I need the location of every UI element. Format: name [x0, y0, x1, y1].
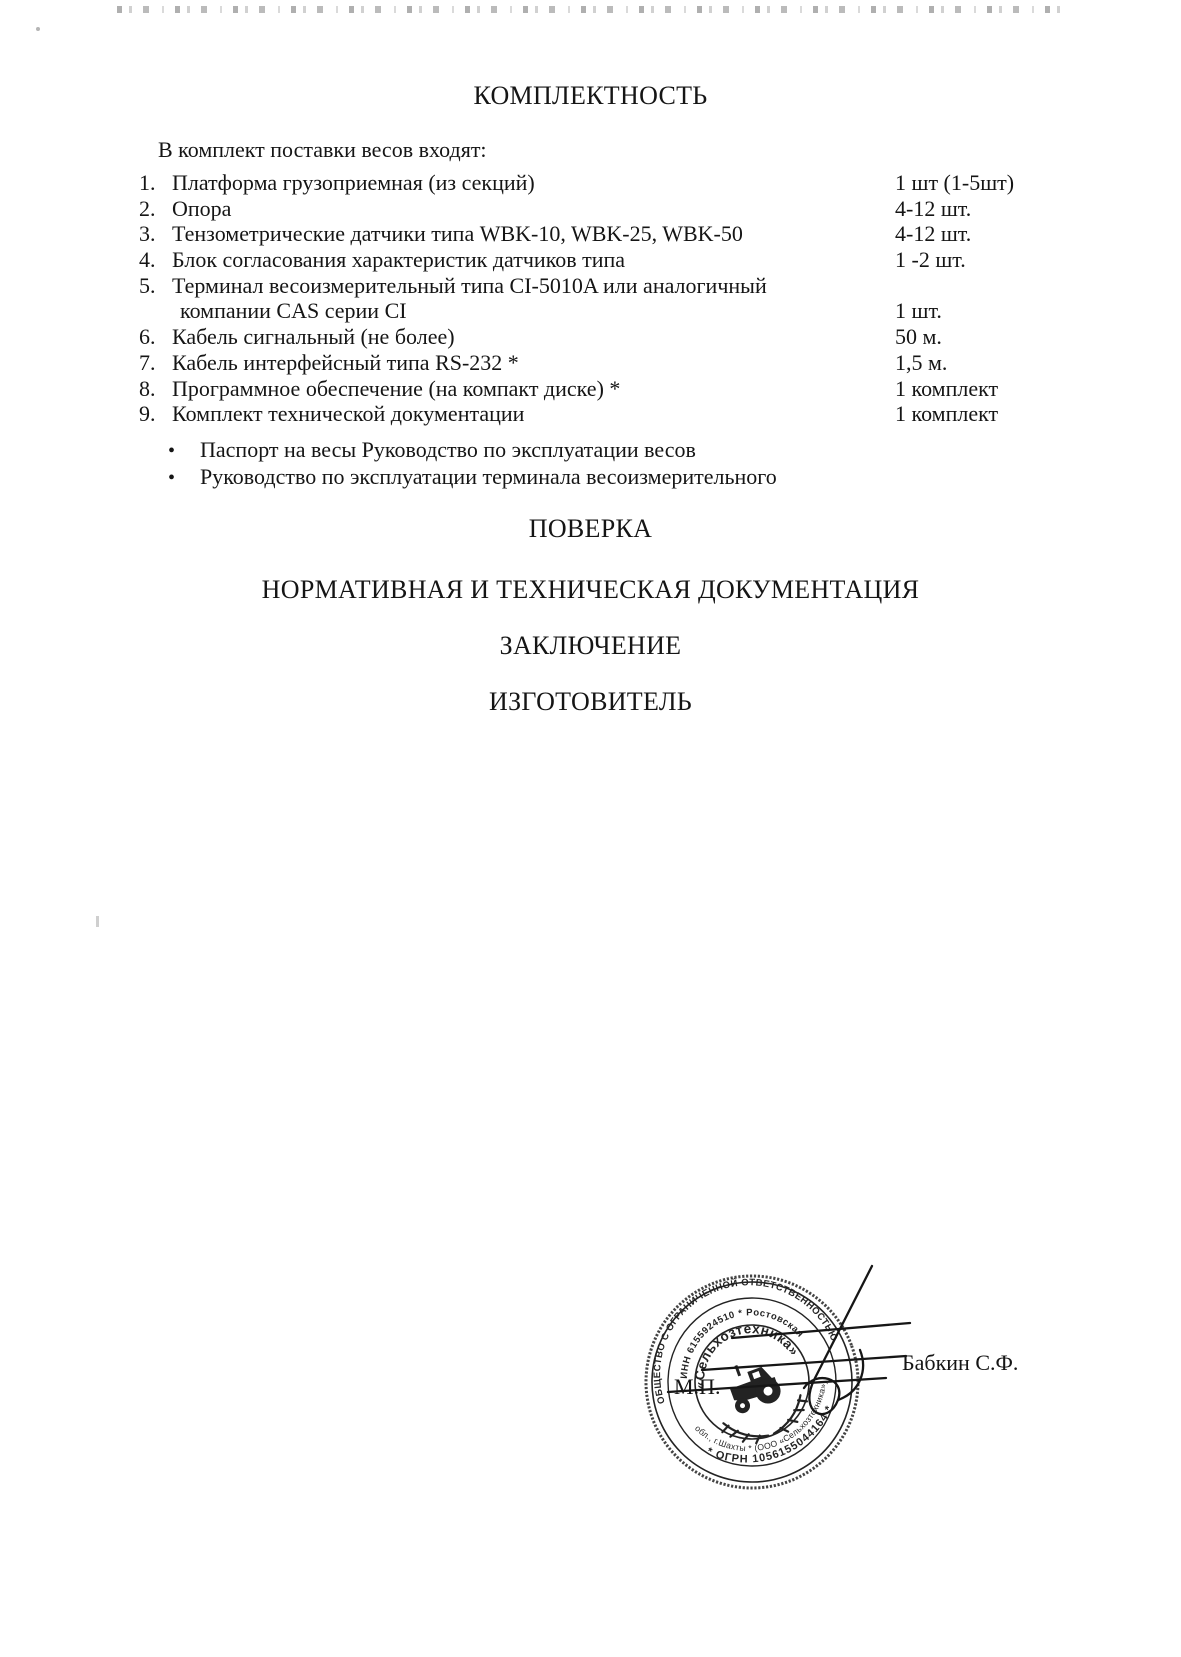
section-title-izgotovitel: ИЗГОТОВИТЕЛЬ — [0, 688, 1181, 716]
item-number: 1. — [139, 170, 172, 196]
signature — [610, 1252, 1080, 1492]
list-item: 8.Программное обеспечение (на компакт ди… — [139, 376, 1181, 402]
item-text: Опора — [172, 196, 231, 221]
item-quantity: 1 шт (1-5шт) — [895, 170, 1014, 196]
item-quantity: 1 шт. — [895, 298, 942, 324]
scan-artifact-dot — [36, 27, 40, 31]
scan-artifact-strip — [117, 6, 1069, 13]
item-number: 6. — [139, 324, 172, 350]
item-quantity: 1,5 м. — [895, 350, 947, 376]
item-text: Блок согласования характеристик датчиков… — [172, 247, 625, 272]
komplekt-bullet-list: •Паспорт на весы Руководство по эксплуат… — [168, 437, 1181, 491]
item-text: Платформа грузоприемная (из секций) — [172, 170, 535, 195]
list-item: 1.Платформа грузоприемная (из секций) 1 … — [139, 170, 1181, 196]
item-number: 2. — [139, 196, 172, 222]
item-quantity: 50 м. — [895, 324, 942, 350]
komplekt-intro: В комплект поставки весов входят: — [158, 136, 1181, 164]
item-text: Кабель интерфейсный типа RS-232 * — [172, 350, 519, 375]
item-text: Терминал весоизмерительный типа CI-5010A… — [172, 273, 767, 298]
item-number: 5. — [139, 273, 172, 299]
item-quantity: 1 комплект — [895, 376, 998, 402]
item-quantity: 4-12 шт. — [895, 196, 971, 222]
section-title-poverka: ПОВЕРКА — [0, 515, 1181, 543]
section-title-zakluchenie: ЗАКЛЮЧЕНИЕ — [0, 632, 1181, 660]
list-item: 5.Терминал весоизмерительный типа CI-501… — [139, 273, 1181, 299]
signature-stroke — [838, 1350, 863, 1400]
item-number: 9. — [139, 401, 172, 427]
item-number: 8. — [139, 376, 172, 402]
bullet-item: •Паспорт на весы Руководство по эксплуат… — [168, 437, 1181, 464]
item-text: компании CAS серии CI — [172, 298, 407, 323]
signature-stroke — [702, 1356, 906, 1370]
list-item: компании CAS серии CI 1 шт. — [139, 298, 1181, 324]
bullet-text: Руководство по эксплуатации терминала ве… — [200, 464, 777, 489]
item-text: Тензометрические датчики типа WBK-10, WB… — [172, 221, 743, 246]
bullet-icon: • — [168, 440, 200, 463]
bullet-icon: • — [168, 467, 200, 490]
scan-artifact-tick — [96, 916, 99, 927]
section-title-docs: НОРМАТИВНАЯ И ТЕХНИЧЕСКАЯ ДОКУМЕНТАЦИЯ — [0, 576, 1181, 604]
item-number: 3. — [139, 221, 172, 247]
item-text: Комплект технической документации — [172, 401, 524, 426]
item-text: Кабель сигнальный (не более) — [172, 324, 455, 349]
item-number: 7. — [139, 350, 172, 376]
list-item: 3.Тензометрические датчики типа WBK-10, … — [139, 221, 1181, 247]
item-quantity: 1 комплект — [895, 401, 998, 427]
bullet-text: Паспорт на весы Руководство по эксплуата… — [200, 437, 696, 462]
list-item: 7.Кабель интерфейсный типа RS-232 * 1,5 … — [139, 350, 1181, 376]
bullet-item: •Руководство по эксплуатации терминала в… — [168, 464, 1181, 491]
list-item: 6.Кабель сигнальный (не более) 50 м. — [139, 324, 1181, 350]
item-text: Программное обеспечение (на компакт диск… — [172, 376, 620, 401]
list-item: 9.Комплект технической документации 1 ко… — [139, 401, 1181, 427]
list-item: 4.Блок согласования характеристик датчик… — [139, 247, 1181, 273]
document-page: КОМПЛЕКТНОСТЬ В комплект поставки весов … — [0, 0, 1181, 1657]
item-number: 4. — [139, 247, 172, 273]
list-item: 2.Опора 4-12 шт. — [139, 196, 1181, 222]
komplekt-list: 1.Платформа грузоприемная (из секций) 1 … — [139, 170, 1181, 427]
section-title-komplektnost: КОМПЛЕКТНОСТЬ — [0, 82, 1181, 110]
item-quantity: 4-12 шт. — [895, 221, 971, 247]
item-quantity: 1 -2 шт. — [895, 247, 966, 273]
signature-stroke — [732, 1323, 910, 1338]
